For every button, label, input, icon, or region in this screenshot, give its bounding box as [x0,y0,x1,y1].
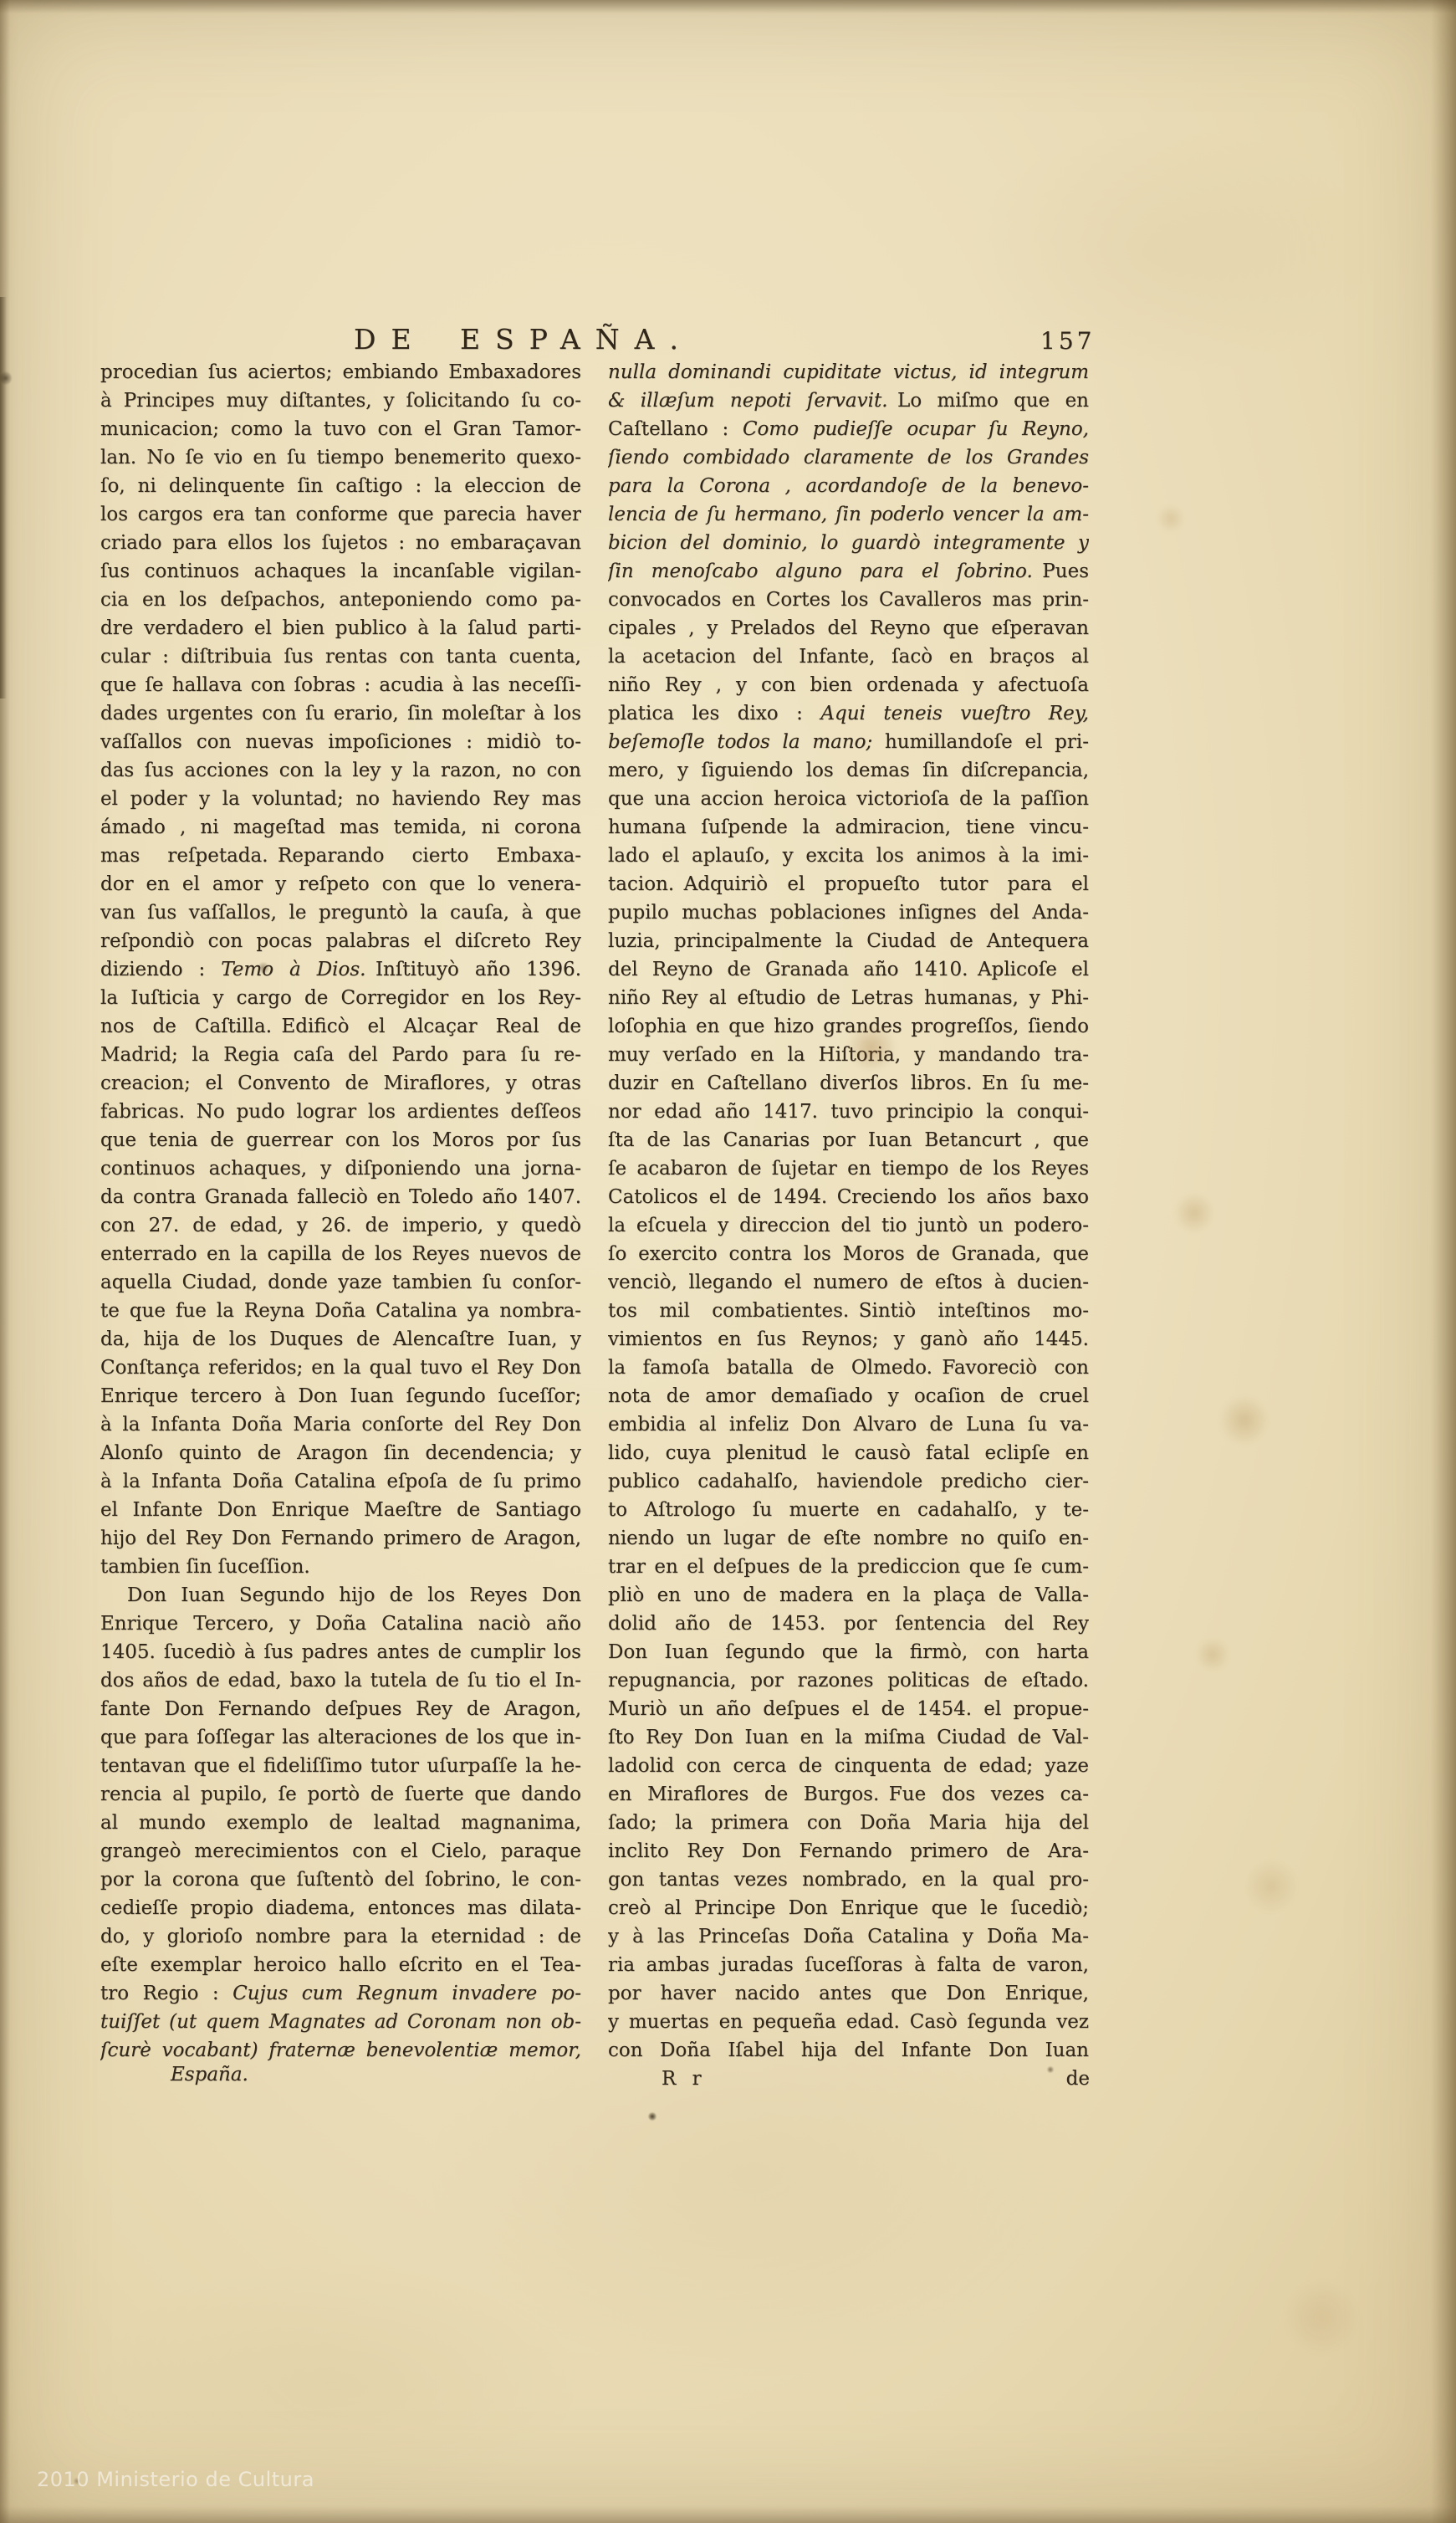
text-line: aquella Ciudad, donde yaze tambien ſu co… [100,1268,581,1297]
digitization-watermark: 2010 Ministerio de Cultura [37,2468,314,2491]
signature-mark: R r [662,2065,707,2093]
text-line: reſpondiò con pocas palabras el diſcreto… [100,927,581,955]
text-line: nota de amor demaſiado y ocaſion de crue… [608,1382,1089,1410]
foxing-stain [1157,505,1184,532]
text-line: Enrique Tercero, y Doña Catalina naciò a… [100,1609,581,1638]
text-line: beſemoſle todos la mano; humillandoſe el… [608,728,1089,756]
text-line: da, hija de los Duques de Alencaſtre Iua… [100,1325,581,1354]
text-line: el poder y la voluntad; no haviendo Rey … [100,785,581,813]
text-line: embidia al infeliz Don Alvaro de Luna ſu… [608,1410,1089,1439]
text-line: ſo, ni delinquente ſin caſtigo : la elec… [100,472,581,500]
edge-nick [0,371,12,385]
text-line: grangeò merecimientos con el Cielo, para… [100,1837,581,1865]
text-line: ſin menoſcabo alguno para el ſobrino. Pu… [608,557,1089,586]
text-line: tro Regio : Cujus cum Regnum invadere po… [100,1979,581,2008]
text-line: cipales , y Prelados del Reyno que eſper… [608,614,1089,642]
scan-edge-left [0,0,10,2523]
text-line: nulla dominandi cupiditate victus, id in… [608,358,1089,386]
text-line: loſophia en que hizo grandes progreſſos,… [608,1012,1089,1041]
text-line: creacion; el Convento de Miraflores, y o… [100,1069,581,1098]
text-line: criado para ellos los ſujetos : no embar… [100,529,581,557]
catchword: de [1066,2065,1090,2093]
right-text-column: nulla dominandi cupiditate victus, id in… [608,358,1089,2065]
text-line: mero, y ſiguiendo los demas ſin diſcrepa… [608,756,1089,785]
text-line: te que fue la Reyna Doña Catalina ya nom… [100,1297,581,1325]
text-line: à la Infanta Doña Catalina eſpoſa de ſu … [100,1467,581,1496]
ink-speck [648,2112,656,2121]
page-number: 157 [1040,327,1095,355]
text-line: lado el aplauſo, y excita los animos à l… [608,842,1089,870]
text-line: venciò, llegando el numero de eſtos à du… [608,1268,1089,1297]
text-line: lencia de ſu hermano, ſin poderlo vencer… [608,500,1089,529]
text-line: Caſtellano : Como pudieſſe ocupar ſu Rey… [608,415,1089,443]
text-line: por haver nacido antes que Don Enrique, [608,1979,1089,2008]
text-line: muy verſado en la Hiſtoria, y mandando t… [608,1041,1089,1069]
paper-mottle [962,125,1380,376]
text-line: Madrid; la Regia caſa del Pardo para ſu … [100,1041,581,1069]
text-line: en Miraflores de Burgos. Fue dos vezes c… [608,1780,1089,1809]
text-line: ſe acabaron de ſujetar en tiempo de los … [608,1154,1089,1183]
text-line: del Reyno de Granada año 1410. Aplicoſe … [608,955,1089,984]
text-line: da contra Granada falleciò en Toledo año… [100,1183,581,1211]
text-line: repugnancia, por razones politicas de eſ… [608,1666,1089,1695]
scan-edge-bottom [0,2506,1456,2523]
text-line: publico cadahalſo, haviendole predicho c… [608,1467,1089,1496]
text-line: dre verdadero el bien publico à la ſalud… [100,614,581,642]
text-line: Don Iuan Segundo hijo de los Reyes Don [100,1581,581,1609]
text-line: lido, cuya plenitud le causò fatal eclip… [608,1439,1089,1467]
text-line: gon tantas vezes nombrado, en la qual pr… [608,1865,1089,1894]
text-line: creò al Principe Don Enrique que le ſuce… [608,1894,1089,1922]
text-line: dolid año de 1453. por ſentencia del Rey [608,1609,1089,1638]
foxing-stain [1219,1395,1270,1446]
book-page-scan: DE ESPAÑA. 157 procedian ſus aciertos; e… [0,0,1456,2523]
foxing-stain [1196,1638,1229,1671]
text-line: la eſcuela y direccion del tio juntò un … [608,1211,1089,1240]
catchword-espana: España. [171,2060,248,2089]
text-line: tambien ſin ſuceſſion. [100,1553,581,1581]
text-line: el Infante Don Enrique Maeſtre de Santia… [100,1496,581,1524]
text-line: ámado , ni mageſtad mas temida, ni coron… [100,813,581,842]
text-line: ſto Rey Don Iuan en la miſma Ciudad de V… [608,1723,1089,1752]
text-line: enterrado en la capilla de los Reyes nue… [100,1240,581,1268]
scan-edge-left-shadow [0,297,7,699]
text-line: ſus continuos achaques la incanſable vig… [100,557,581,586]
left-text-column: procedian ſus aciertos; embiando Embaxad… [100,358,581,2065]
text-line: das ſus acciones con la ley y la razon, … [100,756,581,785]
text-line: con 27. de edad, y 26. de imperio, y que… [100,1211,581,1240]
text-line: los cargos era tan conforme que parecia … [100,500,581,529]
scan-edge-top [0,0,1456,13]
text-line: 1405. ſucediò à ſus padres antes de cump… [100,1638,581,1666]
text-line: ſta de las Canarias por Iuan Betancurt ,… [608,1126,1089,1154]
foxing-stain [1283,2279,1360,2356]
text-line: ſiendo combidado claramente de los Grand… [608,443,1089,472]
text-line: que ſe hallava con ſobras : acudia à las… [100,671,581,699]
text-line: duzir en Caſtellano diverſos libros. En … [608,1069,1089,1098]
text-line: diziendo : Temo à Dios. Inſtituyò año 13… [100,955,581,984]
signature-line: R r de [608,2065,1090,2093]
foxing-stain [1174,1193,1214,1233]
text-line: rencia al pupilo, ſe portò de ſuerte que… [100,1780,581,1809]
text-line: y à las Princeſas Doña Catalina y Doña M… [608,1922,1089,1951]
text-line: vaſſallos con nuevas impoſiciones : midi… [100,728,581,756]
text-line: hijo del Rey Don Fernando primero de Ara… [100,1524,581,1553]
text-line: convocados en Cortes los Cavalleros mas … [608,586,1089,614]
text-line: dos años de edad, baxo la tutela de ſu t… [100,1666,581,1695]
text-line: dor en el amor y reſpeto con que lo vene… [100,870,581,898]
text-line: municacion; como la tuvo con el Gran Tam… [100,415,581,443]
text-line: Catolicos el de 1494. Creciendo los años… [608,1183,1089,1211]
text-line: eſte exemplar heroico hallo eſcrito en e… [100,1951,581,1979]
text-line: procedian ſus aciertos; embiando Embaxad… [100,358,581,386]
text-line: ladolid con cerca de cinquenta de edad; … [608,1752,1089,1780]
text-line: à Principes muy diſtantes, y ſolicitando… [100,386,581,415]
text-line: con Doña Iſabel hija del Infante Don Iua… [608,2036,1089,2065]
running-title: DE ESPAÑA. [354,323,693,356]
text-line: que para ſoſſegar las alteraciones de lo… [100,1723,581,1752]
text-line: vimientos en ſus Reynos; y ganò año 1445… [608,1325,1089,1354]
text-line: tos mil combatientes. Sintiò inteſtinos … [608,1297,1089,1325]
text-line: bicion del dominio, lo guardò integramen… [608,529,1089,557]
text-line: niño Rey al eſtudio de Letras humanas, y… [608,984,1089,1012]
text-line: y muertas en pequeña edad. Casò ſegunda … [608,2008,1089,2036]
text-line: ſado; la primera con Doña Maria hija del [608,1809,1089,1837]
text-line: fabricas. No pudo lograr los ardientes d… [100,1098,581,1126]
text-line: tacion. Adquiriò el propueſto tutor para… [608,870,1089,898]
text-line: Conſtança referidos; en la qual tuvo el … [100,1354,581,1382]
text-line: cedieſſe propio diadema, entonces mas di… [100,1894,581,1922]
text-line: tuiſſet (ut quem Magnates ad Coronam non… [100,2008,581,2036]
text-line: van ſus vaſſallos, le preguntò la cauſa,… [100,898,581,927]
text-line: la Iuſticia y cargo de Corregidor en los… [100,984,581,1012]
text-line: pupilo muchas poblaciones inſignes del A… [608,898,1089,927]
text-line: dades urgentes con ſu erario, ſin moleſt… [100,699,581,728]
text-line: nor edad año 1417. tuvo principio la con… [608,1098,1089,1126]
text-line: cular : diſtribuia ſus rentas con tanta … [100,642,581,671]
text-line: niño Rey , y con bien ordenada y afectuo… [608,671,1089,699]
text-line: ſo exercito contra los Moros de Granada,… [608,1240,1089,1268]
text-line: lan. No ſe vio en ſu tiempo benemerito q… [100,443,581,472]
text-line: fante Don Fernando deſpues Rey de Aragon… [100,1695,581,1723]
text-line: pliò en uno de madera en la plaça de Val… [608,1581,1089,1609]
text-line: niendo un lugar de eſte nombre no quiſo … [608,1524,1089,1553]
text-line: para la Corona , acordandoſe de la benev… [608,472,1089,500]
text-line: nos de Caſtilla. Edificò el Alcaçar Real… [100,1012,581,1041]
text-line: la acetacion del Infante, ſacò en braços… [608,642,1089,671]
text-line: mas reſpetada. Reparando cierto Embaxa- [100,842,581,870]
text-line: ria ambas juradas ſuceſſoras à falta de … [608,1951,1089,1979]
text-line: Alonſo quinto de Aragon ſin decendencia;… [100,1439,581,1467]
text-line: tentavan que el fideliſſimo tutor uſurpa… [100,1752,581,1780]
text-line: Muriò un año deſpues el de 1454. el prop… [608,1695,1089,1723]
foxing-stain [1244,1860,1298,1913]
text-line: luzia, principalmente la Ciudad de Anteq… [608,927,1089,955]
text-line: la famoſa batalla de Olmedo. Favoreciò c… [608,1354,1089,1382]
text-line: que tenia de guerrear con los Moros por … [100,1126,581,1154]
scan-edge-right [1431,0,1456,2523]
text-line: & illæſum nepoti ſervavit. Lo miſmo que … [608,386,1089,415]
text-line: que una accion heroica victorioſa de la … [608,785,1089,813]
text-line: à la Infanta Doña Maria conſorte del Rey… [100,1410,581,1439]
text-line: do, y glorioſo nombre para la eternidad … [100,1922,581,1951]
text-line: al mundo exemplo de lealtad magnanima, [100,1809,581,1837]
text-line: Don Iuan ſegundo que la firmò, con harta [608,1638,1089,1666]
text-line: platica les dixo : Aqui teneis vueſtro R… [608,699,1089,728]
text-line: cia en los deſpachos, anteponiendo como … [100,586,581,614]
text-line: inclito Rey Don Fernando primero de Ara- [608,1837,1089,1865]
text-line: trar en el deſpues de la prediccion que … [608,1553,1089,1581]
text-line: humana ſuſpende la admiracion, tiene vin… [608,813,1089,842]
text-line: por la corona que ſuſtentò del ſobrino, … [100,1865,581,1894]
text-line: continuos achaques, y diſponiendo una jo… [100,1154,581,1183]
text-line: Enrique tercero à Don Iuan ſegundo ſuceſ… [100,1382,581,1410]
text-line: to Aſtrologo ſu muerte en cadahalſo, y t… [608,1496,1089,1524]
